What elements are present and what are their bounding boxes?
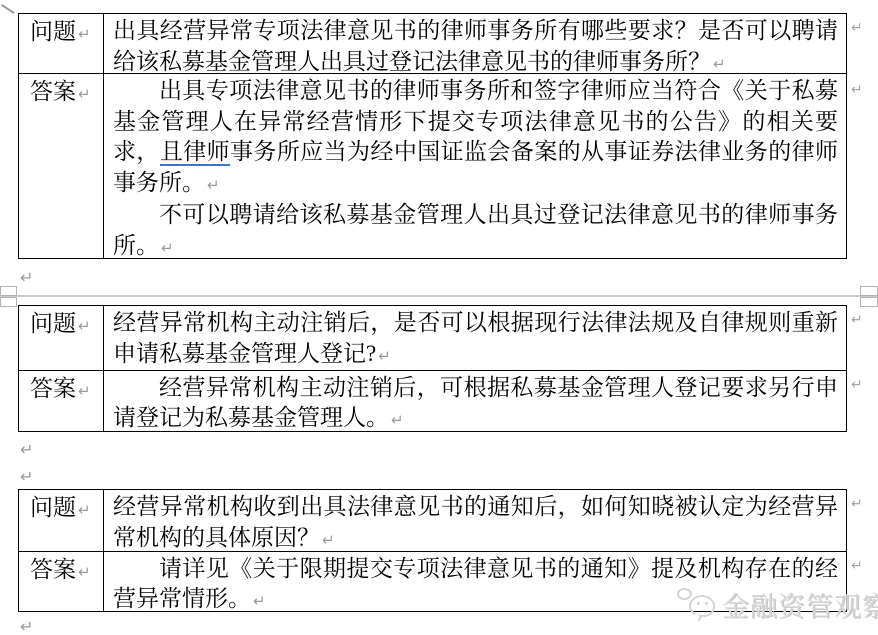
watermark: 金融资管观察	[676, 585, 878, 624]
cell-end-mark: ↵	[76, 501, 91, 519]
grammar-underlined-text: 且律师	[160, 139, 230, 166]
document-page: 问题↵ 出具经营异常专项法律意见书的律师事务所有哪些要求？是否可以聘请给该私募基…	[0, 0, 878, 635]
question-text: 经营异常机构收到出具法律意见书的通知后，如何知晓被认定为经营异常机构的具体原因？	[113, 494, 838, 550]
question-row: 问题↵ 经营异常机构收到出具法律意见书的通知后，如何知晓被认定为经营异常机构的具…	[19, 490, 846, 551]
cursor-artifact	[1, 4, 14, 13]
chat-bubbles-logo-icon	[676, 588, 722, 622]
question-label-cell[interactable]: 问题↵	[19, 490, 104, 551]
page-edge-marker	[860, 286, 878, 296]
answer-label-cell[interactable]: 答案↵	[19, 74, 104, 258]
paragraph-mark: ↵	[376, 347, 391, 365]
paragraph-mark: ↵	[20, 440, 33, 459]
answer-label-cell[interactable]: 答案↵	[19, 371, 104, 432]
question-label: 问题	[30, 19, 76, 44]
paragraph-mark: ↵	[711, 55, 726, 73]
paragraph-mark: ↵	[251, 592, 266, 610]
answer-text-cell[interactable]: 出具专项法律意见书的律师事务所和签字律师应当符合《关于私募基金管理人在异常经营情…	[104, 74, 846, 258]
question-row: 问题↵ 经营异常机构主动注销后，是否可以根据现行法律法规及自律规则重新申请私募基…	[19, 306, 846, 370]
answer-row: 答案↵ 经营异常机构主动注销后，可根据私募基金管理人登记要求另行申请登记为私募基…	[19, 370, 846, 432]
answer-row: 答案↵ 出具专项法律意见书的律师事务所和签字律师应当符合《关于私募基金管理人在异…	[19, 73, 846, 258]
answer-text-part: 不可以聘请给该私募基金管理人出具过登记法律意见书的律师事务所。	[113, 202, 838, 258]
end-of-row-mark: ↵	[851, 377, 863, 393]
question-text-cell[interactable]: 出具经营异常专项法律意见书的律师事务所有哪些要求？是否可以聘请给该私募基金管理人…	[104, 14, 846, 73]
question-row: 问题↵ 出具经营异常专项法律意见书的律师事务所有哪些要求？是否可以聘请给该私募基…	[19, 14, 846, 73]
cell-end-mark: ↵	[76, 85, 91, 103]
answer-label: 答案	[30, 79, 76, 104]
paragraph-mark: ↵	[320, 531, 335, 549]
qa-table-2: 问题↵ 经营异常机构主动注销后，是否可以根据现行法律法规及自律规则重新申请私募基…	[18, 305, 847, 432]
question-text: 经营异常机构主动注销后，是否可以根据现行法律法规及自律规则重新申请私募基金管理人…	[113, 310, 838, 366]
page-boundary-line	[0, 295, 878, 297]
answer-text-cell[interactable]: 经营异常机构主动注销后，可根据私募基金管理人登记要求另行申请登记为私募基金管理人…	[104, 371, 846, 432]
answer-label-cell[interactable]: 答案↵	[19, 552, 104, 612]
question-label-cell[interactable]: 问题↵	[19, 306, 104, 370]
paragraph-mark: ↵	[159, 239, 174, 257]
page-edge-marker	[0, 286, 17, 296]
answer-label: 答案	[30, 376, 76, 401]
paragraph-mark: ↵	[389, 411, 404, 429]
qa-table-1: 问题↵ 出具经营异常专项法律意见书的律师事务所有哪些要求？是否可以聘请给该私募基…	[18, 13, 847, 259]
end-of-row-mark: ↵	[851, 82, 863, 98]
cell-end-mark: ↵	[76, 563, 91, 581]
end-of-row-mark: ↵	[851, 312, 863, 328]
question-text-cell[interactable]: 经营异常机构收到出具法律意见书的通知后，如何知晓被认定为经营异常机构的具体原因？…	[104, 490, 846, 551]
question-label: 问题	[30, 311, 76, 336]
answer-label: 答案	[30, 557, 76, 582]
paragraph-mark: ↵	[20, 268, 33, 287]
paragraph-mark: ↵	[205, 176, 220, 194]
question-label: 问题	[30, 495, 76, 520]
end-of-row-mark: ↵	[851, 20, 863, 36]
watermark-text: 金融资管观察	[722, 585, 878, 624]
question-text: 出具经营异常专项法律意见书的律师事务所有哪些要求？是否可以聘请给该私募基金管理人…	[113, 18, 838, 74]
question-label-cell[interactable]: 问题↵	[19, 14, 104, 73]
page-edge-marker	[860, 297, 878, 307]
cell-end-mark: ↵	[76, 317, 91, 335]
question-text-cell[interactable]: 经营异常机构主动注销后，是否可以根据现行法律法规及自律规则重新申请私募基金管理人…	[104, 306, 846, 370]
answer-text: 经营异常机构主动注销后，可根据私募基金管理人登记要求另行申请登记为私募基金管理人…	[113, 375, 838, 431]
paragraph-mark: ↵	[20, 617, 33, 635]
cell-end-mark: ↵	[76, 382, 91, 400]
end-of-row-mark: ↵	[851, 558, 863, 574]
cell-end-mark: ↵	[76, 25, 91, 43]
paragraph-mark: ↵	[20, 467, 33, 486]
page-edge-marker	[0, 297, 17, 307]
end-of-row-mark: ↵	[851, 496, 863, 512]
